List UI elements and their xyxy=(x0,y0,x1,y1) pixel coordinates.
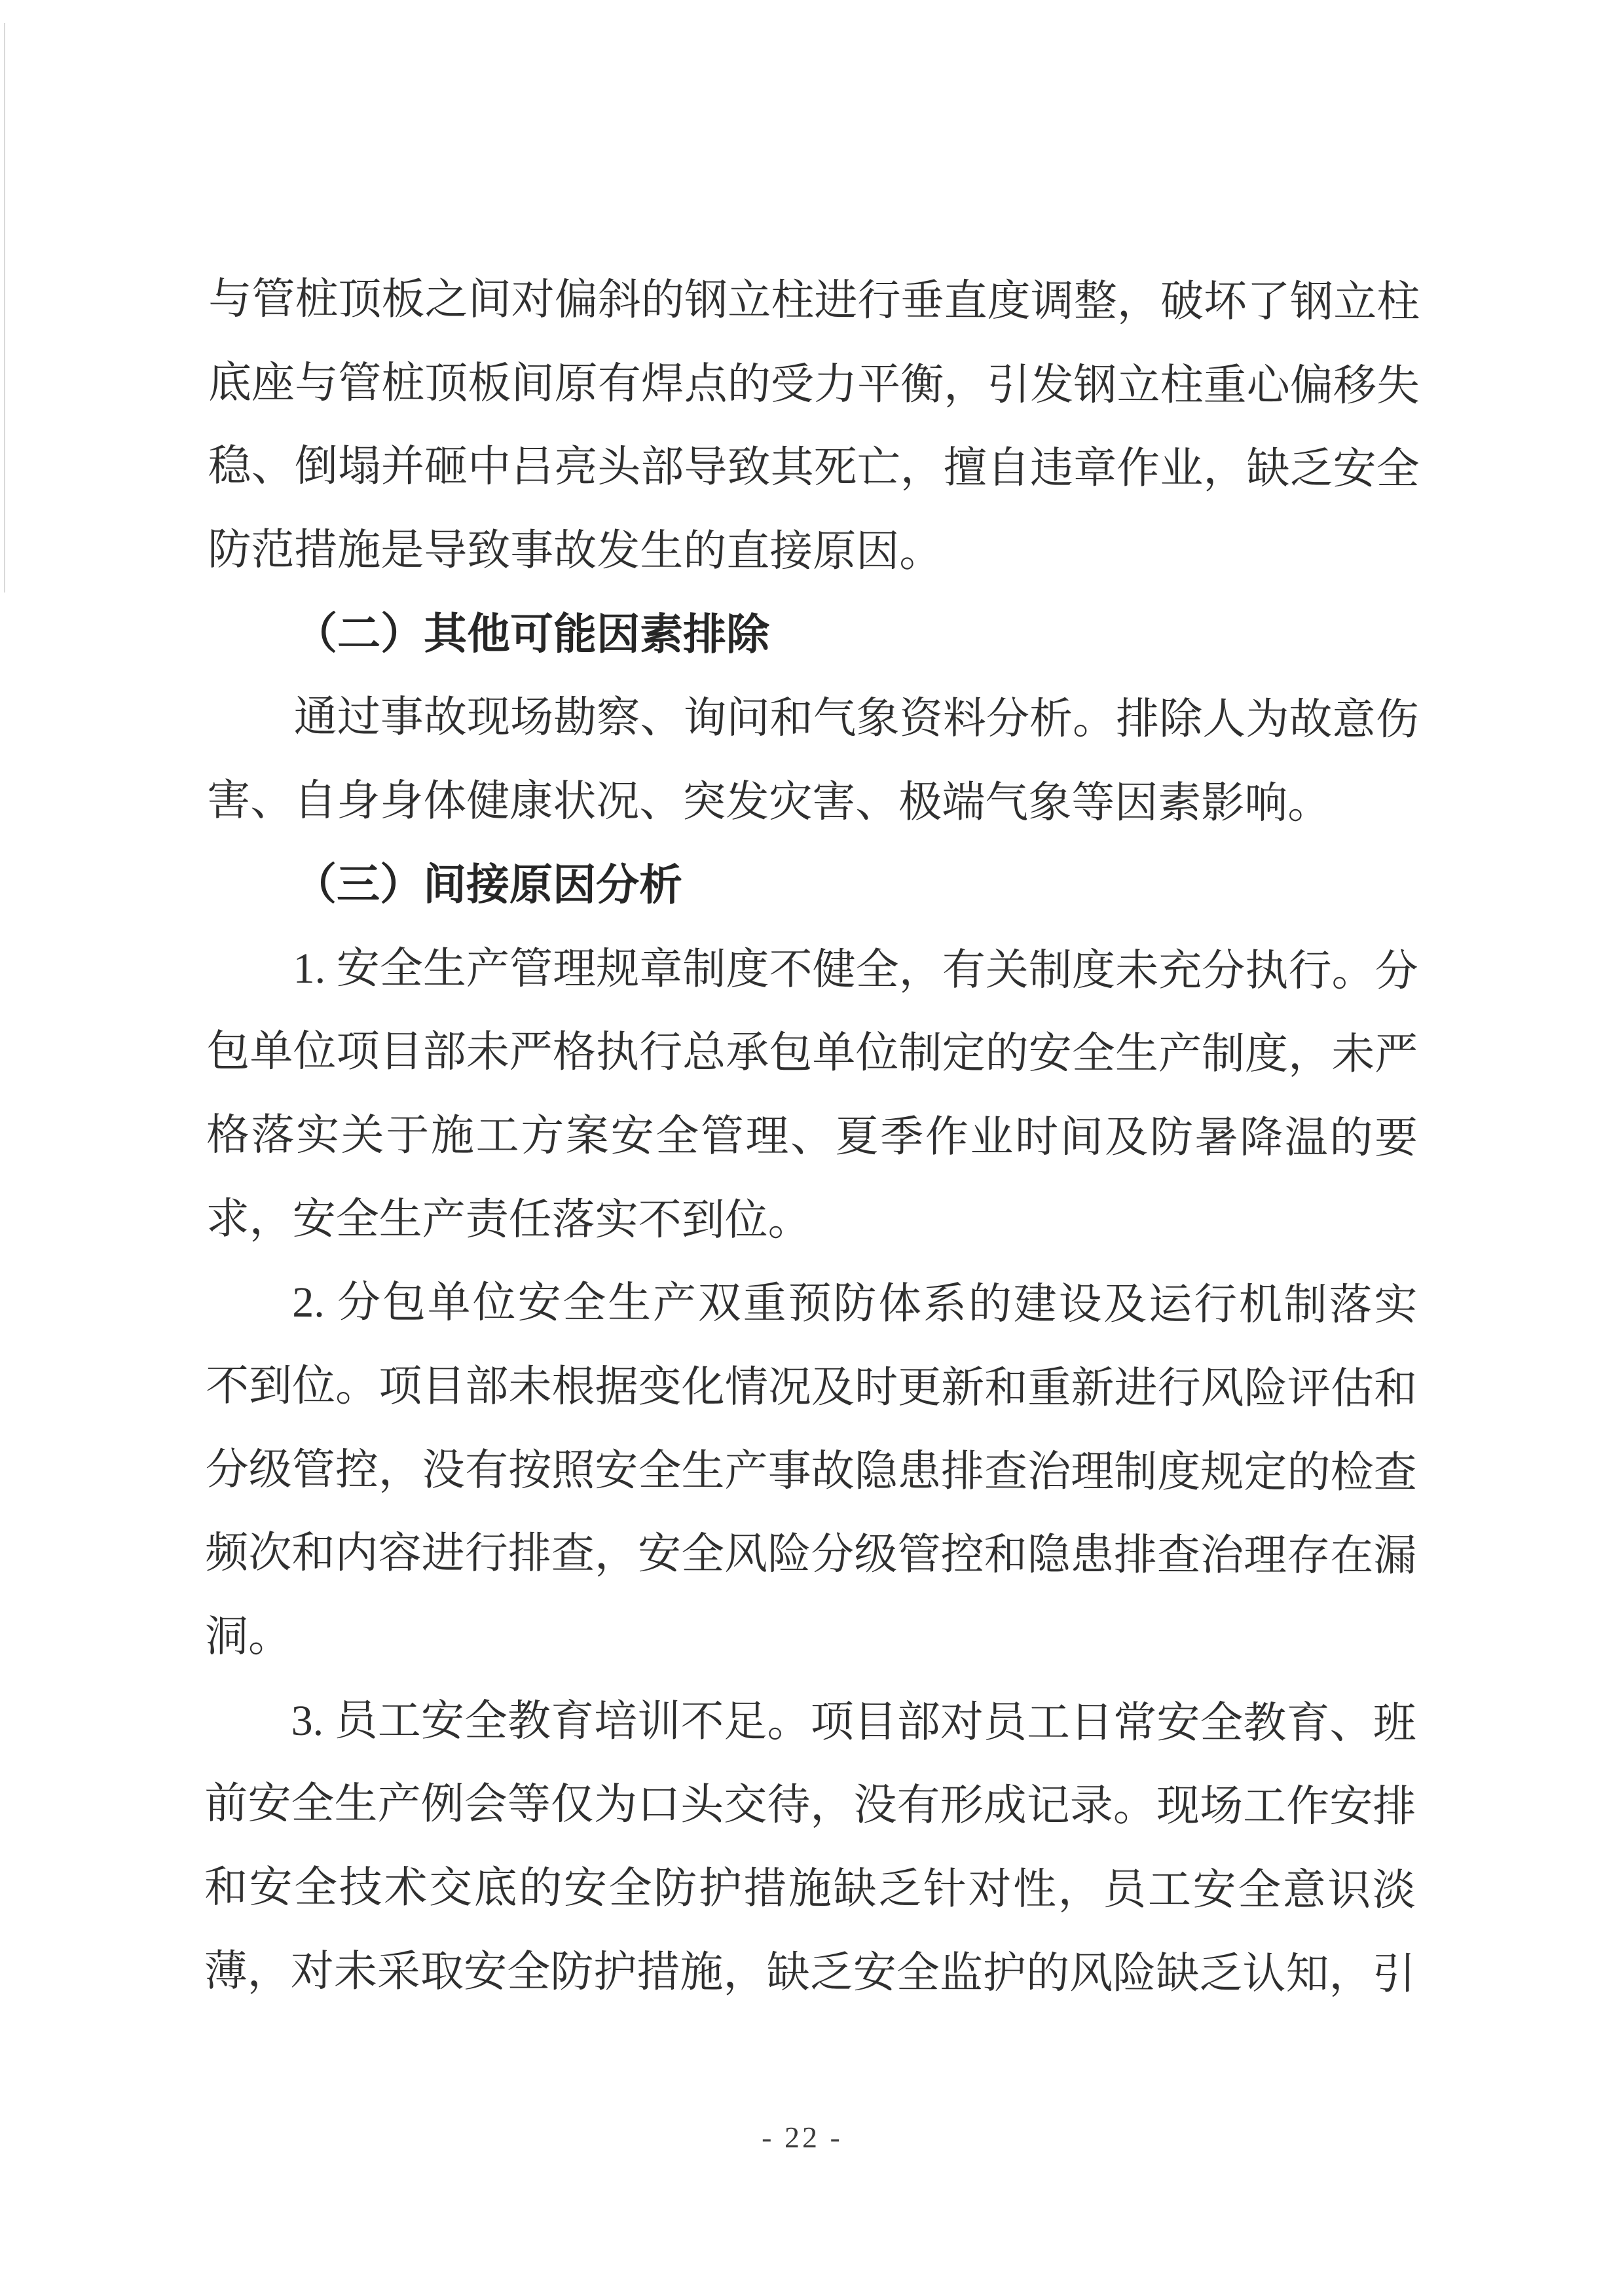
scan-edge-artifact xyxy=(4,23,5,592)
text-line: 前安全生产例会等仅为口头交待，没有形成记录。现场工作安排 xyxy=(204,1762,1416,1850)
section-heading: （三）间接原因分析 xyxy=(207,843,1418,930)
text-line: 防范措施是导致事故发生的直接原因。 xyxy=(208,509,1419,596)
text-line: 通过事故现场勘察、询问和气象资料分析。排除人为故意伤 xyxy=(208,676,1419,763)
text-line: 与管桩顶板之间对偏斜的钢立柱进行垂直度调整，破坏了钢立柱 xyxy=(208,258,1420,345)
text-line: 不到位。项目部未根据变化情况及时更新和重新进行风险评估和 xyxy=(206,1345,1417,1432)
text-line: 和安全技术交底的安全防护措施缺乏针对性，员工安全意识淡 xyxy=(204,1846,1416,1933)
text-line: 包单位项目部未严格执行总承包单位制定的安全生产制度，未严 xyxy=(206,1010,1418,1097)
text-line: 害、自身身体健康状况、突发灾害、极端气象等因素影响。 xyxy=(207,759,1418,847)
text-line: 3. 员工安全教育培训不足。项目部对员工日常安全教育、班 xyxy=(204,1679,1416,1766)
text-line: 1. 安全生产管理规章制度不健全，有关制度未充分执行。分 xyxy=(207,926,1418,1013)
text-line: 频次和内容进行排查，安全风险分级管控和隐患排查治理存在漏 xyxy=(205,1512,1416,1599)
text-line: 薄，对未采取安全防护措施，缺乏安全监护的风险缺乏认知，引 xyxy=(204,1929,1415,2016)
text-line: 格落实关于施工方案安全管理、夏季作业时间及防暑降温的要 xyxy=(206,1093,1418,1180)
document-page: 与管桩顶板之间对偏斜的钢立柱进行垂直度调整，破坏了钢立柱底座与管桩顶板间原有焊点… xyxy=(0,0,1624,2296)
page-number: - 22 - xyxy=(0,2120,1604,2155)
text-line: 求，安全生产责任落实不到位。 xyxy=(206,1177,1418,1264)
text-line: 分级管控，没有按照安全生产事故隐患排查治理制度规定的检查 xyxy=(205,1428,1416,1515)
text-line: 稳、倒塌并砸中吕亮头部导致其死亡，擅自违章作业，缺乏安全 xyxy=(208,425,1420,512)
document-body: 与管桩顶板之间对偏斜的钢立柱进行垂直度调整，破坏了钢立柱底座与管桩顶板间原有焊点… xyxy=(204,258,1420,2016)
text-line: 底座与管桩顶板间原有焊点的受力平衡，引发钢立柱重心偏移失 xyxy=(208,341,1420,428)
section-heading: （二）其他可能因素排除 xyxy=(208,592,1419,679)
text-line: 2. 分包单位安全生产双重预防体系的建设及运行机制落实 xyxy=(206,1261,1417,1348)
text-line: 洞。 xyxy=(205,1595,1416,1683)
